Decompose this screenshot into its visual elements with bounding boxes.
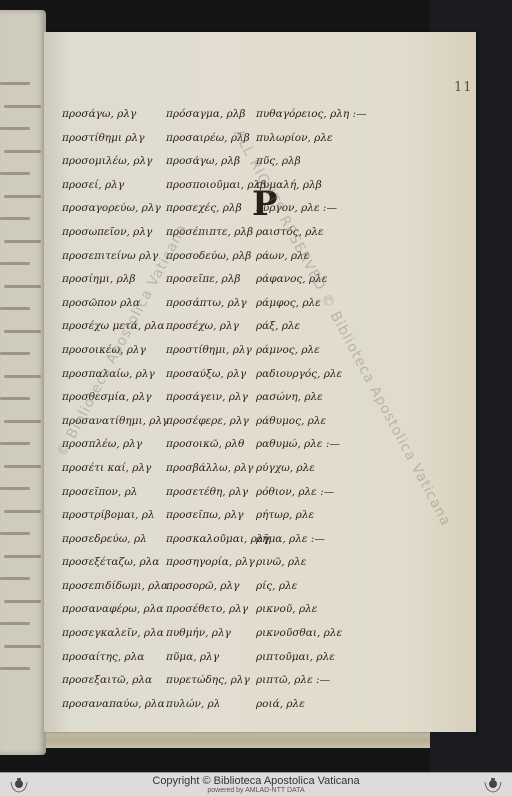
previous-page-text-line [0, 442, 30, 445]
previous-page-text-line [4, 510, 41, 513]
previous-page-text-line [0, 307, 30, 310]
previous-page-text-line [4, 600, 41, 603]
manuscript-line: πυμαλή, ρλβ [256, 175, 446, 199]
manuscript-line: ράμφος, ρλε [256, 293, 446, 317]
manuscript-line: ρινῶ, ρλε [256, 552, 446, 576]
previous-page-text-line [4, 465, 41, 468]
previous-page-text-line [4, 330, 41, 333]
manuscript-line: πυθαγόρειος, ρλη :— [256, 104, 446, 128]
papal-emblem-icon-right [482, 776, 504, 794]
manuscript-line: ράων, ρλε [256, 246, 446, 270]
folio-number: 11 [454, 80, 473, 95]
previous-page-text-line [4, 555, 41, 558]
column-3: πυθαγόρειος, ρλη :—πυλωρίον, ρλεπῦς, ρλβ… [256, 104, 446, 717]
previous-page-text-line [0, 622, 30, 625]
previous-page-text-line [4, 420, 41, 423]
previous-page-text-line [0, 577, 30, 580]
previous-page-text-line [4, 375, 41, 378]
manuscript-line: ράφανος, ρλε [256, 269, 446, 293]
previous-page-text-line [4, 150, 41, 153]
powered-by-text: powered by AMLAD-NTT DATA [0, 787, 512, 794]
previous-page-text-line [4, 645, 41, 648]
previous-page-text-line [0, 82, 30, 85]
copyright-text: Copyright © Biblioteca Apostolica Vatica… [0, 775, 512, 787]
manuscript-line: ραδιουργός, ρλε [256, 364, 446, 388]
manuscript-page: 11 προσάγω, ρλγπροστίθημι ρλγπροσομιλέω,… [44, 32, 476, 732]
previous-page-text-line [4, 195, 41, 198]
manuscript-line: ριπτοῦμαι, ρλε [256, 647, 446, 671]
previous-page-text-line [4, 240, 41, 243]
previous-page-text-line [0, 127, 30, 130]
manuscript-line: ρασώνη, ρλε [256, 387, 446, 411]
previous-page-text-line [0, 397, 30, 400]
previous-page-text-line [0, 217, 30, 220]
previous-page-text-line [0, 352, 30, 355]
manuscript-line: πυλωρίον, ρλε [256, 128, 446, 152]
manuscript-line: ριπτῶ, ρλε :— [256, 670, 446, 694]
previous-page-text-line [0, 667, 30, 670]
manuscript-line: ρήτωρ, ρλε [256, 505, 446, 529]
previous-page-text-line [4, 105, 41, 108]
previous-page-text-line [0, 172, 30, 175]
manuscript-line: ρικνοῦσθαι, ρλε [256, 623, 446, 647]
previous-page-text-line [0, 532, 30, 535]
manuscript-line: ροιά, ρλε [256, 694, 446, 718]
copyright-footer: Copyright © Biblioteca Apostolica Vatica… [0, 772, 512, 796]
manuscript-scan: 11 προσάγω, ρλγπροστίθημι ρλγπροσομιλέω,… [0, 0, 512, 772]
previous-page-text-line [0, 487, 30, 490]
previous-page-text-line [4, 285, 41, 288]
manuscript-line: ρικνοῦ, ρλε [256, 599, 446, 623]
manuscript-line: ρίς, ρλε [256, 576, 446, 600]
manuscript-line: ράθυμος, ρλε [256, 411, 446, 435]
previous-page-edge [0, 10, 46, 755]
previous-page-text-line [0, 262, 30, 265]
manuscript-line: πῦς, ρλβ [256, 151, 446, 175]
manuscript-line: ρῆμα, ρλε :— [256, 529, 446, 553]
